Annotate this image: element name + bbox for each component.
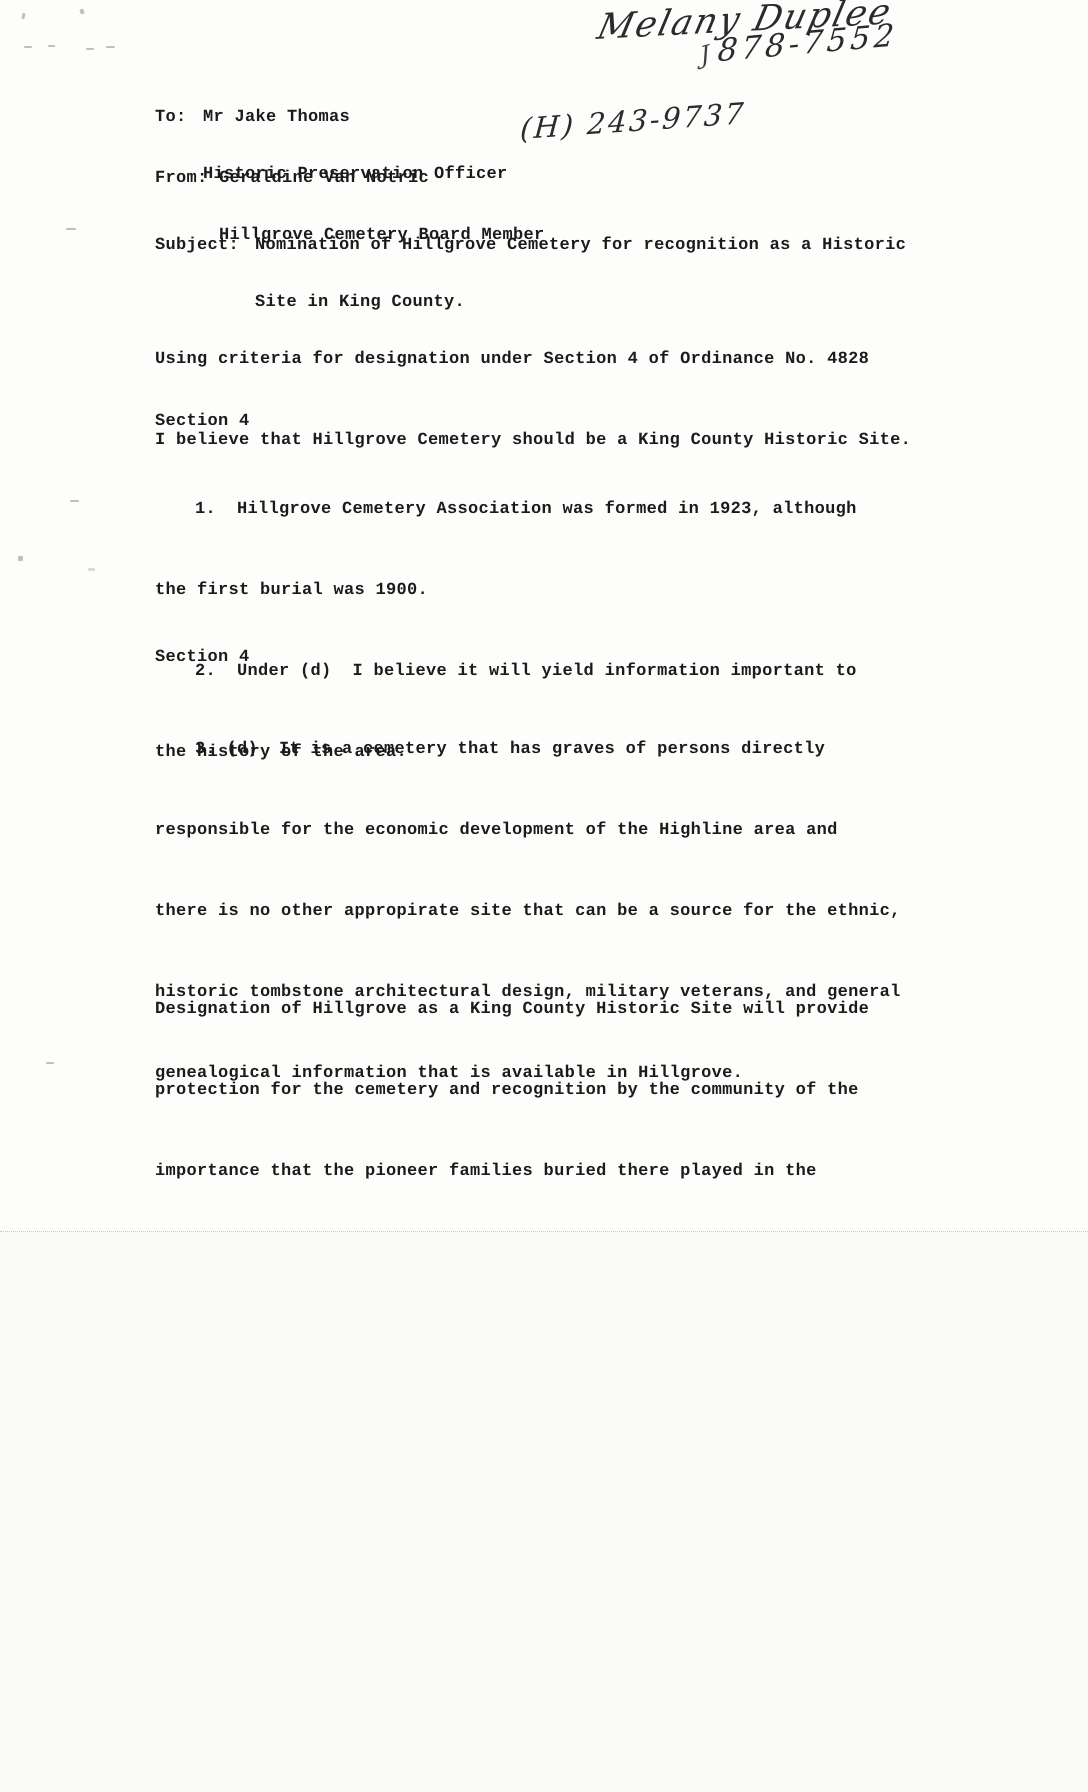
section-1-line: the first burial was 1900. — [155, 569, 857, 612]
to-line: To:Mr Jake Thomas — [155, 108, 508, 127]
section-2-line: 3. (d) It is a cemetery that has graves … — [155, 728, 901, 771]
scan-artifact — [88, 568, 95, 571]
handwritten-home-phone: (H) 243-9737 — [519, 96, 747, 146]
section-2-heading: Section 4 — [155, 648, 250, 667]
handwritten-pen-mark: J — [699, 38, 716, 69]
closing-line: protection for the cemetery and recognit… — [155, 1069, 869, 1112]
from-line: From:Geraldine Van Notric — [155, 169, 545, 188]
subject-text: Nomination of Hillgrove Cemetery for rec… — [255, 236, 906, 255]
intro-line: Using criteria for designation under Sec… — [155, 338, 911, 381]
subject-label: Subject: — [155, 236, 255, 255]
to-label: To: — [155, 108, 203, 127]
closing-line: importance that the pioneer families bur… — [155, 1150, 869, 1193]
scan-artifact — [86, 48, 94, 50]
to-name: Mr Jake Thomas — [203, 108, 350, 127]
scan-artifact — [21, 13, 25, 20]
memo-document-page: Melany Duplee J878-7552 (H) 243-9737 To:… — [0, 0, 1088, 1792]
section-2-line: responsible for the economic development… — [155, 809, 901, 852]
scan-artifact — [106, 46, 115, 48]
scan-artifact — [24, 46, 32, 48]
from-label: From: — [155, 169, 219, 188]
scan-artifact — [79, 8, 84, 14]
section-1-line: 1. Hillgrove Cemetery Association was fo… — [155, 488, 857, 531]
from-name: Geraldine Van Notric — [219, 169, 429, 188]
section-1-line: 2. Under (d) I believe it will yield inf… — [155, 650, 857, 693]
handwritten-home-phone-number: (H) 243-9737 — [519, 96, 747, 146]
scan-artifact — [66, 228, 76, 230]
scan-artifact — [18, 556, 23, 561]
section-2-line: there is no other appropirate site that … — [155, 890, 901, 933]
scan-page-edge — [0, 1231, 1088, 1792]
section-1-heading: Section 4 — [155, 412, 250, 431]
subject-line-1: Subject:Nomination of Hillgrove Cemetery… — [155, 236, 906, 255]
closing-line: Designation of Hillgrove as a King Count… — [155, 988, 869, 1031]
scan-artifact — [70, 500, 79, 502]
scan-artifact — [46, 1062, 54, 1064]
scan-artifact — [48, 45, 55, 47]
